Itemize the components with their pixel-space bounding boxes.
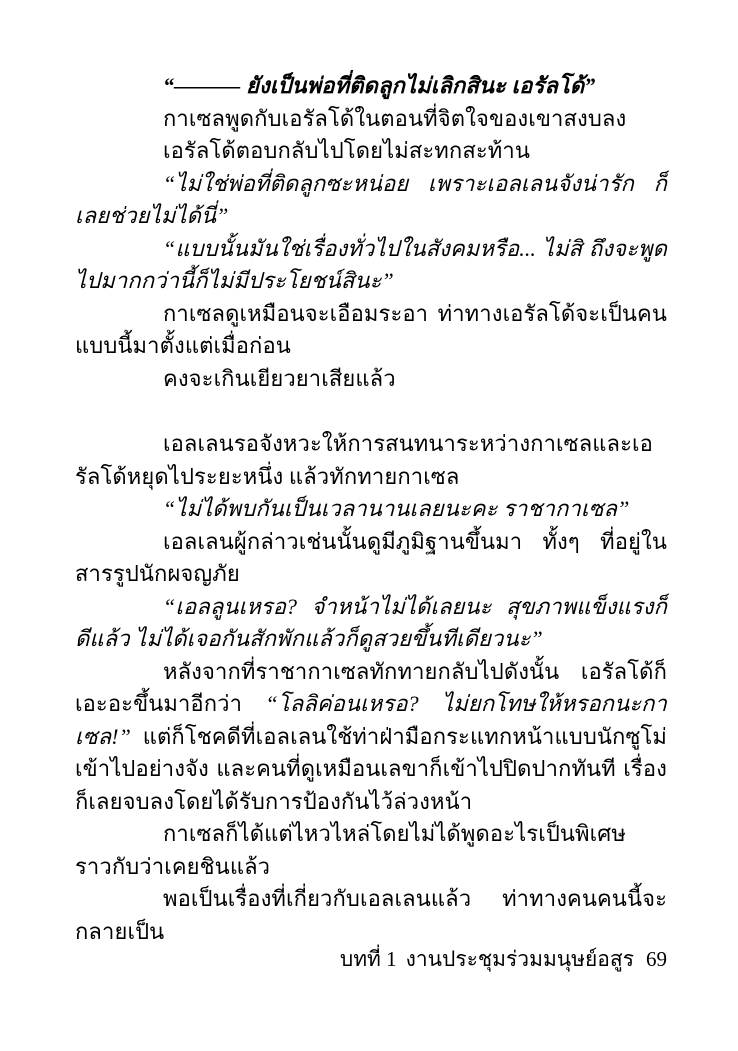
text-segment: “แบบนั้นมันใช่เรื่องทั่วไปในสังคมหรือ...… <box>75 236 667 294</box>
text-segment: เอลเลนผู้กล่าวเช่นนั้นดูมีภูมิฐานขึ้นมา … <box>75 529 667 587</box>
text-segment: แต่ก็โชคดีที่เอลเลนใช้ท่าฝ่ามือกระแทกหน้… <box>75 724 667 814</box>
text-segment: เอรัลโด้ตอบกลับไปโดยไม่สะทกสะท้าน <box>163 138 530 163</box>
text-segment: กาเซลดูเหมือนจะเอือมระอา ท่าทางเอรัลโด้จ… <box>75 301 667 359</box>
paragraph-line: กาเซลก็ได้แต่ไหวไหล่โดยไม่ได้พูดอะไรเป็น… <box>75 818 667 883</box>
paragraph-line: “แบบนั้นมันใช่เรื่องทั่วไปในสังคมหรือ...… <box>75 233 667 298</box>
paragraph-line: พอเป็นเรื่องที่เกี่ยวกับเอลเลนแล้ว ท่าทา… <box>75 883 667 948</box>
paragraph-line: เอลเลนรอจังหวะให้การสนทนาระหว่างกาเซลและ… <box>75 428 667 493</box>
paragraph-line: “ไม่ได้พบกันเป็นเวลานานเลยนะคะ ราชากาเซล… <box>75 493 667 526</box>
text-segment: “ไม่ใช่พ่อที่ติดลูกซะหน่อย เพราะเอลเลนจั… <box>75 171 667 229</box>
paragraph-line: กาเซลพูดกับเอรัลโด้ในตอนที่จิตใจของเขาสง… <box>75 103 667 136</box>
paragraph-line: “——— ยังเป็นพ่อที่ติดลูกไม่เลิกสินะ เอรั… <box>75 70 667 103</box>
text-segment: คงจะเกินเยียวยาเสียแล้ว <box>163 366 396 391</box>
chapter-title: งานประชุมร่วมมนุษย์อสูร <box>406 947 634 971</box>
text-segment: เอลเลนรอจังหวะให้การสนทนาระหว่างกาเซลและ… <box>75 431 653 489</box>
paragraph-line: “เอลลูนเหรอ? จำหน้าไม่ได้เลยนะ สุขภาพแข็… <box>75 591 667 656</box>
paragraph-line: เอรัลโด้ตอบกลับไปโดยไม่สะทกสะท้าน <box>75 135 667 168</box>
paragraph-line: เอลเลนผู้กล่าวเช่นนั้นดูมีภูมิฐานขึ้นมา … <box>75 526 667 591</box>
text-segment: กาเซลก็ได้แต่ไหวไหล่โดยไม่ได้พูดอะไรเป็น… <box>75 821 626 879</box>
text-segment: พอเป็นเรื่องที่เกี่ยวกับเอลเลนแล้ว ท่าทา… <box>75 886 667 944</box>
paragraph-line: “ไม่ใช่พ่อที่ติดลูกซะหน่อย เพราะเอลเลนจั… <box>75 168 667 233</box>
page-number: 69 <box>646 947 667 971</box>
page-text-block: “——— ยังเป็นพ่อที่ติดลูกไม่เลิกสินะ เอรั… <box>75 70 667 948</box>
text-segment: “——— ยังเป็นพ่อที่ติดลูกไม่เลิกสินะ เอรั… <box>163 73 595 98</box>
text-segment: กาเซลพูดกับเอรัลโด้ในตอนที่จิตใจของเขาสง… <box>163 106 626 131</box>
paragraph-line: คงจะเกินเยียวยาเสียแล้ว <box>75 363 667 396</box>
paragraph-line: กาเซลดูเหมือนจะเอือมระอา ท่าทางเอรัลโด้จ… <box>75 298 667 363</box>
chapter-label: บทที่ 1 <box>340 947 397 971</box>
book-page: “——— ยังเป็นพ่อที่ติดลูกไม่เลิกสินะ เอรั… <box>0 0 738 1051</box>
text-segment: “เอลลูนเหรอ? จำหน้าไม่ได้เลยนะ สุขภาพแข็… <box>75 594 667 652</box>
text-segment: “ไม่ได้พบกันเป็นเวลานานเลยนะคะ ราชากาเซล… <box>163 496 629 521</box>
paragraph-line: หลังจากที่ราชากาเซลทักทายกลับไปดังนั้น เ… <box>75 656 667 819</box>
page-footer: บทที่ 1งานประชุมร่วมมนุษย์อสูร69 <box>75 944 667 974</box>
